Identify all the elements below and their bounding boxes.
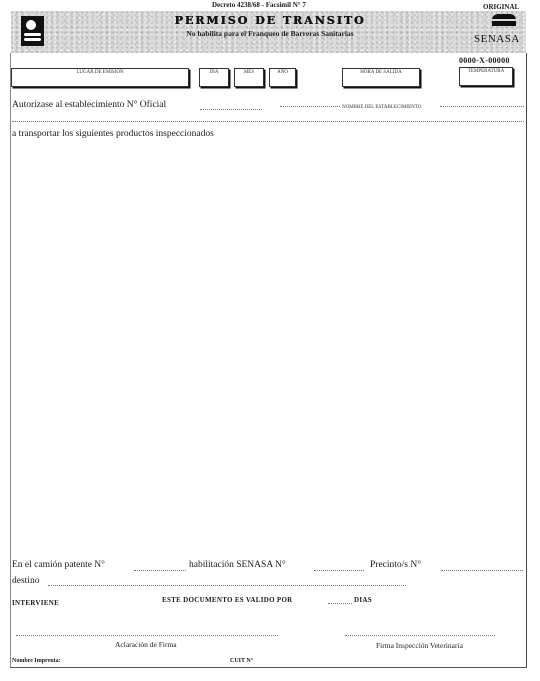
decree-reference: Decreto 4238/68 - Facsimil N° 7	[212, 1, 306, 9]
establishment-name-caption: NOMBRE DEL ESTABLECIMIENTO	[342, 105, 421, 110]
establishment-name-input-left[interactable]	[280, 106, 340, 107]
vet-signature-line[interactable]	[345, 635, 495, 636]
cuit-label: CUIT N°	[230, 658, 253, 664]
validity-days-input[interactable]	[328, 603, 352, 604]
temperature-label: TEMPERATURA	[460, 69, 512, 74]
temperature-field[interactable]: TEMPERATURA	[459, 67, 513, 86]
clarification-caption: Aclaración de Firma	[115, 640, 177, 649]
validity-prefix: ESTE DOCUMENTO ES VALIDO POR	[162, 596, 293, 604]
truck-plate-input[interactable]	[134, 570, 186, 571]
month-label: MES	[235, 70, 263, 75]
month-field[interactable]: MES	[234, 68, 264, 87]
destination-label: destino	[12, 576, 39, 586]
establishment-name-input-right[interactable]	[440, 106, 524, 107]
document-title: PERMISO DE TRANSITO	[140, 14, 400, 27]
truck-plate-label: En el camión patente N°	[12, 560, 105, 570]
printer-name-label: Nombre Imprenta:	[12, 658, 61, 664]
departure-time-label: HORA DE SALIDA	[343, 70, 419, 75]
products-area[interactable]	[12, 145, 524, 555]
clarification-signature-line[interactable]	[16, 635, 278, 636]
document-subtitle: No habilita para el Franqueo de Barreras…	[140, 29, 400, 38]
serial-number: 0000-X-00000	[459, 56, 510, 65]
year-label: AÑO	[270, 70, 295, 75]
seals-input[interactable]	[441, 570, 523, 571]
vet-inspection-caption: Firma Inspección Veterinaria	[376, 641, 463, 650]
senasa-logo-icon	[492, 14, 516, 26]
ministry-sun-logo-icon	[21, 16, 44, 46]
departure-time-field[interactable]: HORA DE SALIDA	[342, 68, 420, 87]
seals-label: Precinto/s N°	[370, 560, 421, 570]
destination-input[interactable]	[48, 585, 406, 586]
copy-label: ORIGINAL	[483, 3, 519, 11]
place-of-issue-label: LUGAR DE EMISION	[12, 70, 188, 75]
agency-name: SENASA	[474, 33, 520, 45]
senasa-habilitation-input[interactable]	[314, 570, 364, 571]
authorize-text: Autorizase al establecimiento N° Oficial	[12, 100, 166, 110]
establishment-continuation-line[interactable]	[12, 121, 524, 122]
year-field[interactable]: AÑO	[269, 68, 296, 87]
place-of-issue-field[interactable]: LUGAR DE EMISION	[11, 68, 189, 87]
official-number-input[interactable]	[200, 109, 262, 110]
day-field[interactable]: DIA	[199, 68, 229, 87]
intervenes-label: INTERVIENE	[12, 599, 59, 607]
senasa-habilitation-label: habilitación SENASA N°	[189, 560, 286, 570]
transport-text: a transportar los siguientes productos i…	[12, 129, 214, 139]
day-label: DIA	[200, 70, 228, 75]
validity-suffix: DIAS	[354, 596, 372, 604]
